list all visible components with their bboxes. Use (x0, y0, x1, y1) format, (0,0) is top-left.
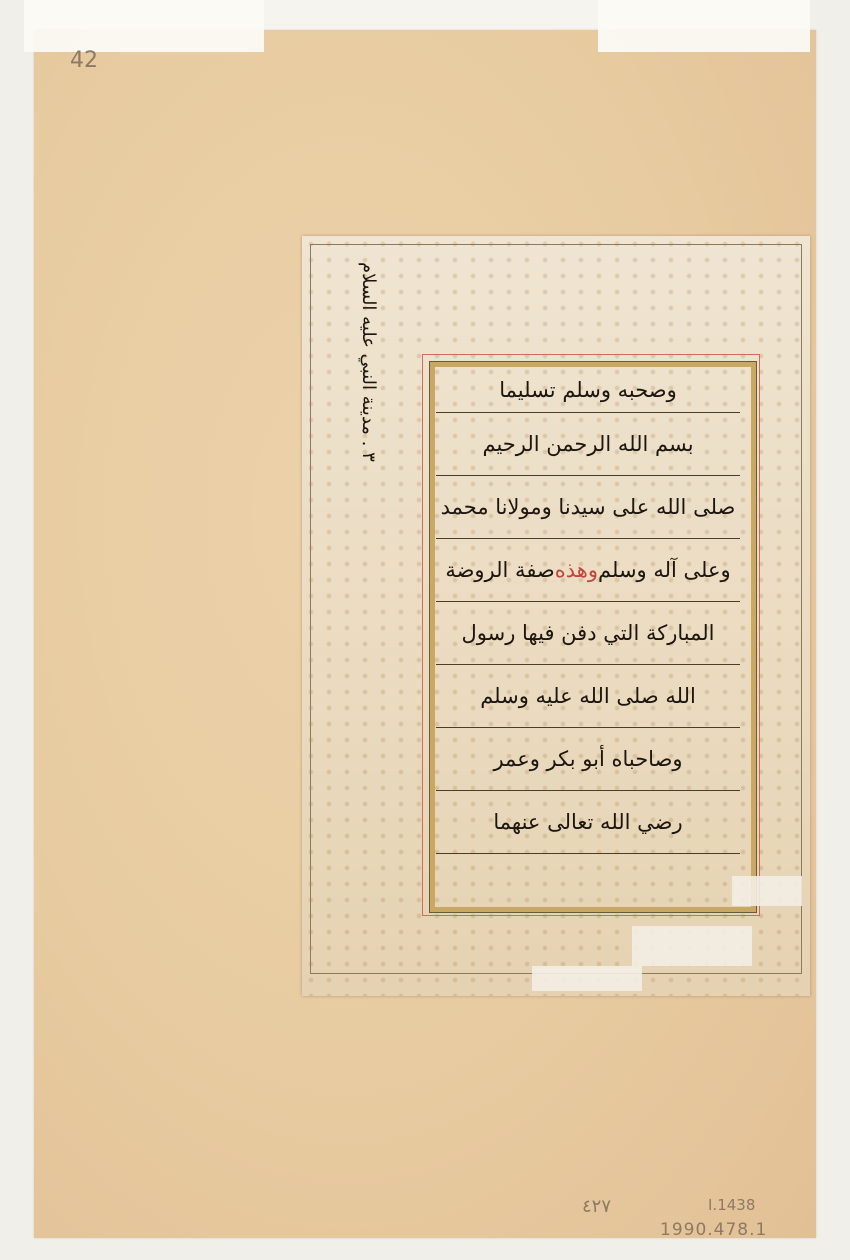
paper-repair-patch (632, 926, 752, 966)
text-line: المباركة التي دفن فيها رسول (436, 602, 740, 665)
text-line: الله صلى الله عليه وسلم (436, 665, 740, 728)
paper-repair-patch (732, 876, 802, 906)
rubric-word: وهذه (555, 558, 598, 582)
text-segment: وعلى آله وسلم (598, 558, 731, 582)
pencil-accession-mark: ٤٢٧ (582, 1196, 611, 1217)
text-line-with-rubric: وعلى آله وسلم وهذه صفة الروضة (436, 539, 740, 602)
text-line: وصاحباه أبو بكر وعمر (436, 728, 740, 791)
margin-note: ٣ . مدينة النبي عليه السلام (358, 262, 379, 462)
background-board (264, 0, 598, 32)
text-block: وصحبه وسلم تسليما بسم الله الرحمن الرحيم… (436, 368, 740, 898)
pencil-accession-mark: I.1438 (708, 1196, 755, 1214)
pencil-accession-number: 1990.478.1 (660, 1220, 767, 1240)
text-line: وصحبه وسلم تسليما (436, 368, 740, 413)
paper-repair-patch (532, 966, 642, 991)
text-line-basmala: بسم الله الرحمن الرحيم (436, 413, 740, 476)
pencil-page-number: 42 (70, 48, 98, 73)
text-line: رضي الله تعالى عنهما (436, 791, 740, 854)
hinge-tape-left (24, 0, 264, 52)
hinge-tape-right (598, 0, 810, 52)
text-segment: صفة الروضة (445, 558, 554, 582)
text-line: صلى الله على سيدنا ومولانا محمد (436, 476, 740, 539)
